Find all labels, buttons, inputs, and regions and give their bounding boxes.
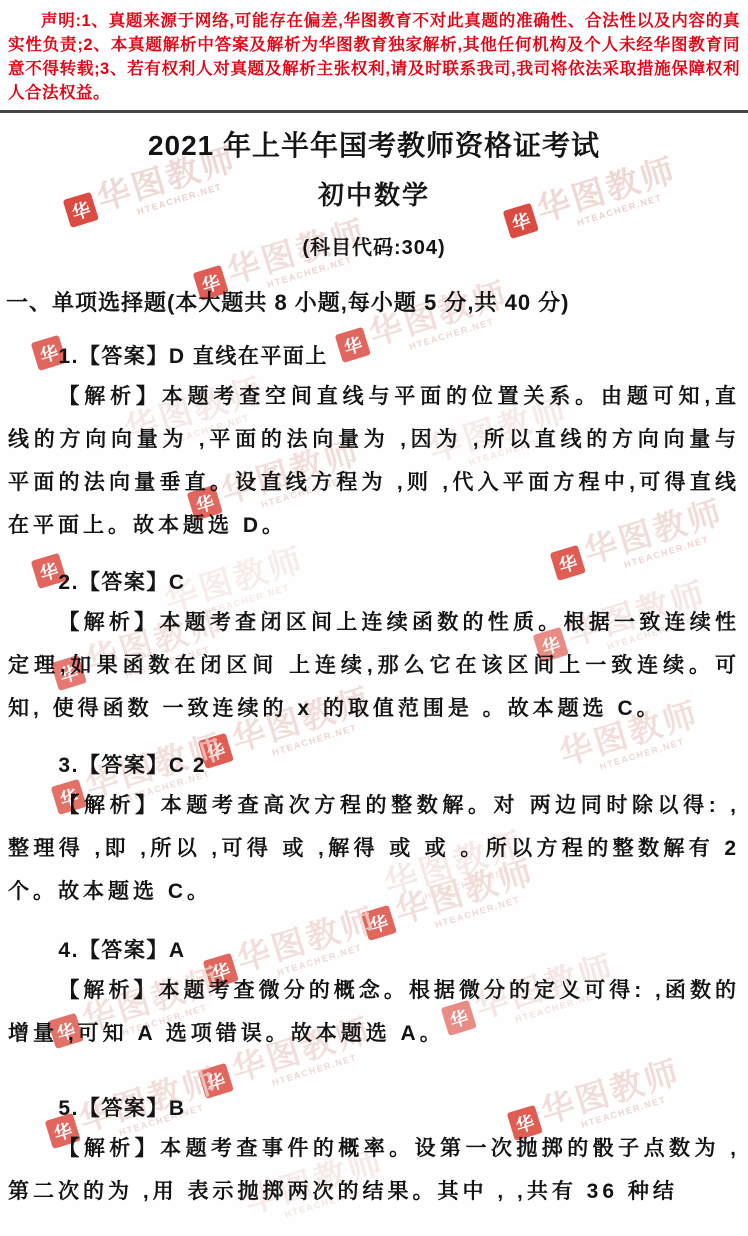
answer-block-4: 4.【答案】A 【解析】本题考查微分的概念。根据微分的定义可得: ,函数的增量 … xyxy=(0,937,748,1055)
answer-value: B xyxy=(169,1097,186,1120)
analysis-label: 【解析】 xyxy=(58,794,160,817)
answer-value: A xyxy=(169,939,186,962)
analysis-label: 【解析】 xyxy=(58,611,159,634)
answer-line: 1.【答案】D 直线在平面上 xyxy=(8,343,740,371)
analysis-paragraph: 【解析】本题考查微分的概念。根据微分的定义可得: ,函数的增量 ,可知 A 选项… xyxy=(8,969,740,1055)
answer-number: 4. xyxy=(58,939,79,962)
divider xyxy=(0,110,748,113)
document-title: 2021 年上半年国考教师资格证考试 xyxy=(0,129,748,163)
section-heading: 一、单项选择题(本大题共 8 小题,每小题 5 分,共 40 分) xyxy=(6,289,742,317)
answer-label: 【答案】 xyxy=(79,1097,169,1120)
analysis-paragraph: 【解析】本题考查高次方程的整数解。对 两边同时除以得: ,整理得 ,即 ,所以 … xyxy=(8,784,740,913)
answer-block-1: 1.【答案】D 直线在平面上 【解析】本题考查空间直线与平面的位置关系。由题可知… xyxy=(0,343,748,547)
answer-value: D 直线在平面上 xyxy=(169,345,328,368)
answer-label: 【答案】 xyxy=(79,939,169,962)
answer-number: 2. xyxy=(58,571,79,594)
answer-number: 3. xyxy=(58,754,79,777)
answer-line: 3.【答案】C 2 xyxy=(8,752,740,780)
answer-label: 【答案】 xyxy=(79,571,169,594)
answer-line: 4.【答案】A xyxy=(8,937,740,965)
disclaimer-text: 声明:1、真题来源于网络,可能存在偏差,华图教育不对此真题的准确性、合法性以及内… xyxy=(6,0,742,110)
disclaimer-label: 声明: xyxy=(41,12,82,30)
disclaimer-body: 1、真题来源于网络,可能存在偏差,华图教育不对此真题的准确性、合法性以及内容的真… xyxy=(8,12,740,102)
answer-value: C xyxy=(169,571,186,594)
answer-line: 2.【答案】C xyxy=(8,569,740,597)
answer-block-3: 3.【答案】C 2 【解析】本题考查高次方程的整数解。对 两边同时除以得: ,整… xyxy=(0,752,748,913)
answer-number: 5. xyxy=(58,1097,79,1120)
analysis-label: 【解析】 xyxy=(58,1137,160,1160)
answer-line: 5.【答案】B xyxy=(8,1095,740,1123)
document-subtitle: 初中数学 xyxy=(0,179,748,212)
analysis-label: 【解析】 xyxy=(58,385,161,408)
answer-label: 【答案】 xyxy=(79,754,169,777)
answer-value: C 2 xyxy=(169,754,206,777)
analysis-paragraph: 【解析】本题考查空间直线与平面的位置关系。由题可知,直线的方向向量为 ,平面的法… xyxy=(8,375,740,547)
analysis-label: 【解析】 xyxy=(58,979,158,1002)
answer-block-2: 2.【答案】C 【解析】本题考查闭区间上连续函数的性质。根据一致连续性定理,如果… xyxy=(0,569,748,730)
subject-code: (科目代码:304) xyxy=(0,236,748,261)
document-content: 声明:1、真题来源于网络,可能存在偏差,华图教育不对此真题的准确性、合法性以及内… xyxy=(0,0,748,1213)
answer-label: 【答案】 xyxy=(79,345,169,368)
answer-block-5: 5.【答案】B 【解析】本题考查事件的概率。设第一次抛掷的骰子点数为 ,第二次的… xyxy=(0,1095,748,1213)
analysis-paragraph: 【解析】本题考查闭区间上连续函数的性质。根据一致连续性定理,如果函数在闭区间 上… xyxy=(8,601,740,730)
analysis-paragraph: 【解析】本题考查事件的概率。设第一次抛掷的骰子点数为 ,第二次的为 ,用 表示抛… xyxy=(8,1127,740,1213)
answer-number: 1. xyxy=(58,345,79,368)
document-page: 华 华图教师 HTEACHER.NET 华 华图教师 HTEACHER.NET … xyxy=(0,0,748,1236)
